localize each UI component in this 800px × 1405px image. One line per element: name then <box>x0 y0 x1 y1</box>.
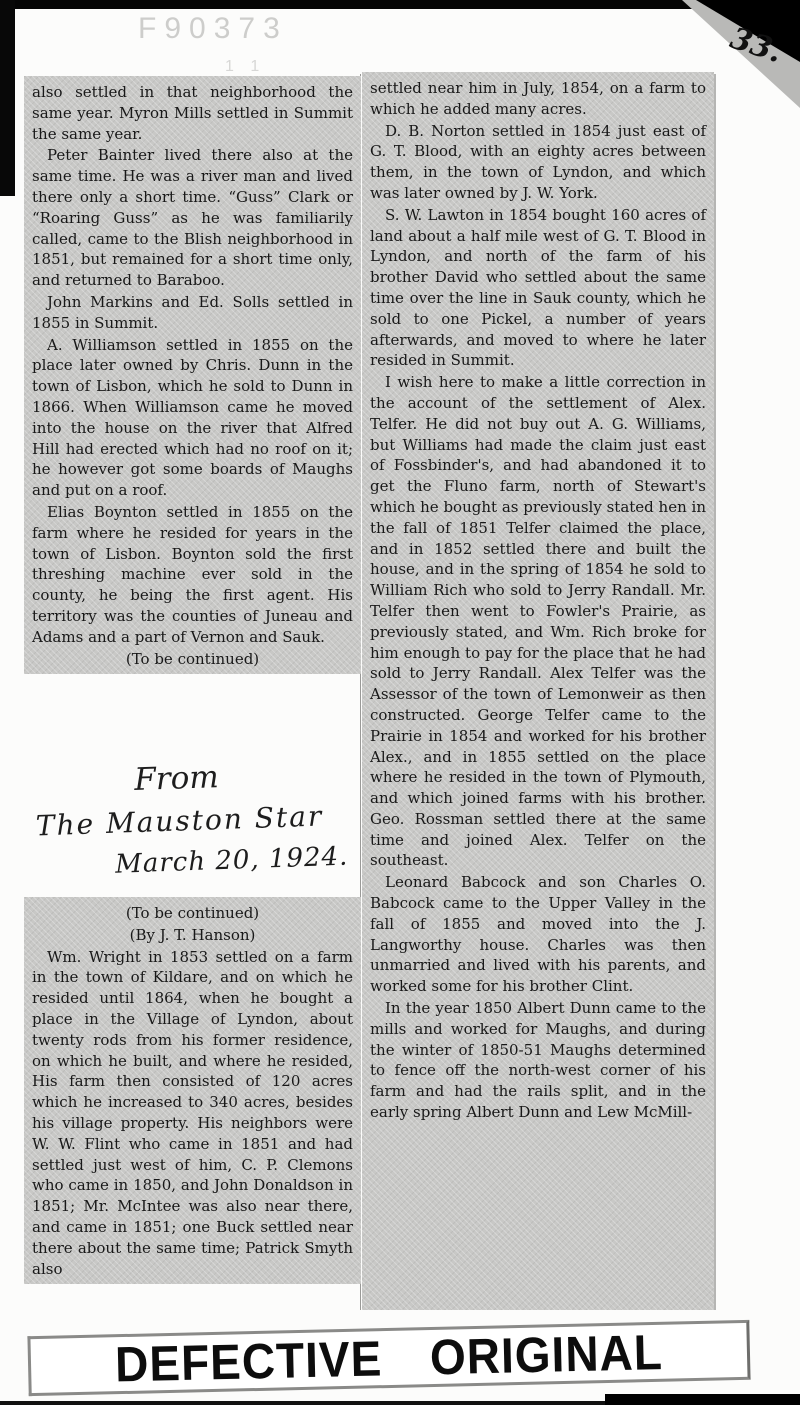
paragraph: settled near him in July, 1854, on a far… <box>370 78 706 120</box>
handwriting-line: The Mauston Star <box>35 798 358 842</box>
right-clipping-edge <box>714 74 716 1310</box>
defective-original-banner: DEFECTIVE ORIGINAL <box>27 1320 750 1396</box>
paragraph: Peter Bainter lived there also at the sa… <box>32 145 353 291</box>
paragraph: S. W. Lawton in 1854 bought 160 acres of… <box>370 205 706 371</box>
scan-top-edge <box>0 0 800 9</box>
scan-bottom-right-bar <box>605 1394 800 1405</box>
paragraph: Wm. Wright in 1853 settled on a farm in … <box>32 947 353 1280</box>
handwriting-line: March 20, 1924. <box>115 841 360 879</box>
faint-archive-stamp: F90373 <box>138 12 288 46</box>
to-be-continued-note: (To be continued) <box>32 649 353 670</box>
left-column-clipping-top: also settled in that neighborhood the sa… <box>24 76 361 674</box>
paragraph: Elias Boynton settled in 1855 on the far… <box>32 502 353 648</box>
scan-left-edge-bar <box>0 0 15 196</box>
paragraph: D. B. Norton settled in 1854 just east o… <box>370 121 706 204</box>
handwritten-citation: From The Mauston Star March 20, 1924. <box>26 754 361 900</box>
left-column-clipping-bottom: (To be continued) (By J. T. Hanson) Wm. … <box>24 897 361 1284</box>
paragraph: John Markins and Ed. Solls settled in 18… <box>32 292 353 334</box>
byline: (By J. T. Hanson) <box>32 925 353 946</box>
scanned-newspaper-page: 33. F90373 1 1 also settled in that neig… <box>0 0 800 1405</box>
paragraph: also settled in that neighborhood the sa… <box>32 82 353 144</box>
paragraph: A. Williamson settled in 1855 on the pla… <box>32 335 353 501</box>
right-column-clipping: settled near him in July, 1854, on a far… <box>362 72 714 1310</box>
to-be-continued-note: (To be continued) <box>32 903 353 924</box>
banner-text: DEFECTIVE ORIGINAL <box>115 1323 664 1394</box>
paragraph: Leonard Babcock and son Charles O. Babco… <box>370 872 706 997</box>
faint-archive-stamp-line2: 1 1 <box>225 58 265 76</box>
handwriting-line: From <box>134 754 357 798</box>
paragraph: I wish here to make a little correction … <box>370 372 706 871</box>
paragraph: In the year 1850 Albert Dunn came to the… <box>370 998 706 1123</box>
